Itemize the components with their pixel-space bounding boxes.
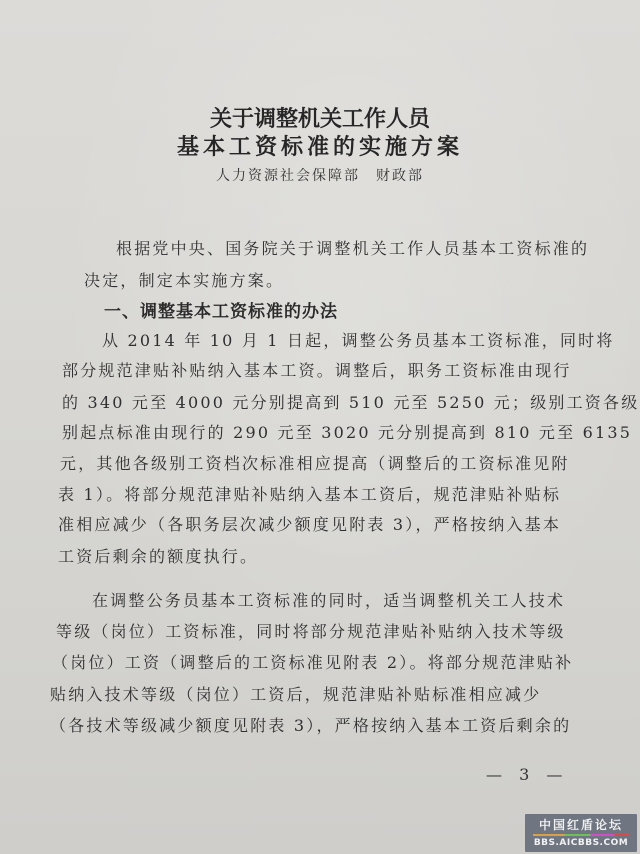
body-line: 准相应减少（各职务层次减少额度见附表 3），严格按纳入基本	[58, 512, 561, 535]
watermark-url: BBS.AICBBS.COM	[534, 838, 628, 848]
body-line: 贴纳入技术等级（岗位）工资后，规范津贴补贴标准相应减少	[50, 682, 541, 705]
forum-watermark: 中国红盾论坛 BBS.AICBBS.COM	[525, 814, 637, 852]
body-line: 根据党中央、国务院关于调整机关工作人员基本工资标准的	[116, 236, 589, 259]
body-line: 别起点标准由现行的 290 元至 3020 元分别提高到 810 元至 6135	[62, 420, 632, 443]
body-line: 表 1）。将部分规范津贴补贴纳入基本工资后，规范津贴补贴标	[58, 482, 561, 505]
body-line: 在调整公务员基本工资标准的同时，适当调整机关工人技术	[92, 588, 565, 611]
body-line: 元，其他各级别工资档次标准相应提高（调整后的工资标准见附	[60, 451, 570, 474]
body-line: 部分规范津贴补贴纳入基本工资。调整后，职务工资标准由现行	[62, 358, 572, 381]
body-line: 等级（岗位）工资标准，同时将部分规范津贴补贴纳入技术等级	[56, 619, 566, 642]
document-title-line-1: 关于调整机关工作人员	[0, 102, 640, 133]
body-line: （各技术等级减少额度见附表 3），严格按纳入基本工资后剩余的	[50, 713, 571, 736]
issuing-authorities: 人力资源社会保障部 财政部	[0, 165, 640, 185]
body-line: 从 2014 年 10 月 1 日起，调整公务员基本工资标准，同时将	[102, 328, 615, 351]
section-heading: 一、调整基本工资标准的办法	[104, 297, 338, 322]
body-line: 工资后剩余的额度执行。	[58, 544, 258, 567]
document-title-line-2: 基本工资标准的实施方案	[0, 130, 640, 161]
body-line: （岗位）工资（调整后的工资标准见附表 2）。将部分规范津贴补	[52, 650, 573, 673]
watermark-color-bar	[533, 834, 629, 836]
page-number: — 3 —	[486, 765, 568, 784]
watermark-name: 中国红盾论坛	[539, 819, 623, 832]
document-page: 关于调整机关工作人员 基本工资标准的实施方案 人力资源社会保障部 财政部 根据党…	[0, 0, 640, 854]
body-line: 的 340 元至 4000 元分别提高到 510 元至 5250 元；级别工资各…	[62, 390, 639, 413]
body-line: 决定，制定本实施方案。	[84, 268, 284, 291]
